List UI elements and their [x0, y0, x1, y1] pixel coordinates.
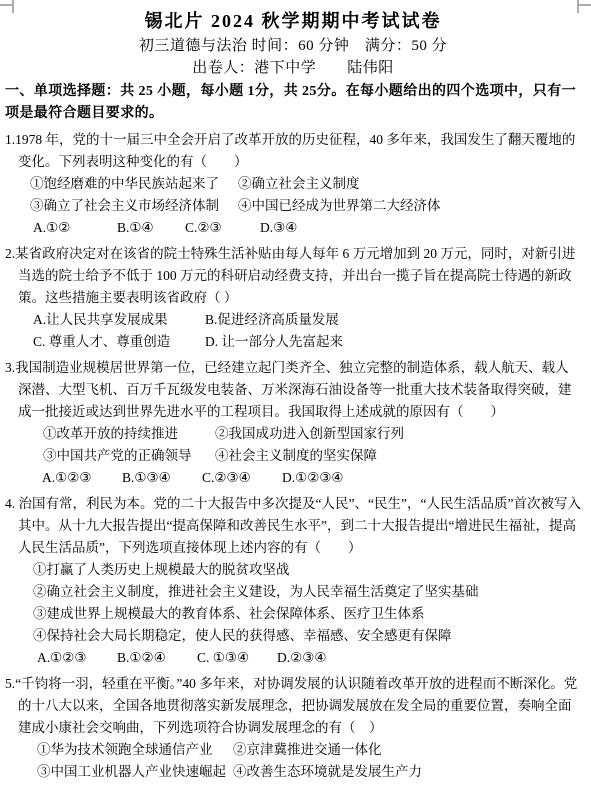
statement-row: ①华为技术领跑全球通信产业 ②京津冀推进交通一体化	[37, 739, 581, 761]
statement-item: ②确立社会主义制度	[238, 173, 360, 195]
statement-item: ①改革开放的持续推进	[43, 423, 215, 445]
option-d: D. 让一部分人先富起来	[205, 331, 343, 353]
question-3-stem: 3.我国制造业规模居世界第一位，已经建立起门类齐全、独立完整的制造体系，载人航天…	[5, 357, 581, 423]
question-number: 2.	[5, 246, 15, 261]
question-number: 3.	[5, 360, 15, 375]
question-2-stem: 2.某省政府决定对在该省的院士特殊生活补贴由每人每年 6 万元增加到 20 万元…	[5, 243, 581, 309]
exam-paper-page: 锡北片 2024 秋学期期中考试试卷 初三道德与法治 时间：60 分钟 满分：5…	[0, 0, 591, 783]
exam-header: 锡北片 2024 秋学期期中考试试卷 初三道德与法治 时间：60 分钟 满分：5…	[5, 8, 581, 79]
question-1-stem: 1.1978 年，党的十一届三中全会开启了改革开放的历史征程，40 多年来，我国…	[5, 129, 581, 173]
options-row: A.让人民共享发展成果 B.促进经济高质量发展	[33, 309, 581, 331]
option-b: B.促进经济高质量发展	[205, 309, 339, 331]
options-row: A.①②③ B.①②④ C. ①③④ D.②③④	[37, 647, 581, 669]
question-number: 1.	[5, 132, 15, 147]
options-row: A.①② B.①④ C.②③ D.③④	[33, 217, 581, 239]
statement-item: ④社会主义制度的坚实保障	[215, 445, 377, 467]
exam-title: 锡北片 2024 秋学期期中考试试卷	[5, 8, 581, 35]
question-2: 2.某省政府决定对在该省的院士特殊生活补贴由每人每年 6 万元增加到 20 万元…	[5, 243, 581, 353]
option-a: A.①②③	[37, 647, 117, 669]
option-d: D.③④	[260, 217, 297, 239]
option-d: D.②③④	[277, 647, 326, 669]
statement-row: ①改革开放的持续推进 ②我国成功进入创新型国家行列	[43, 423, 581, 445]
option-d: D.①②③④	[282, 467, 344, 489]
question-5: 5.“千钧将一羽，轻重在平衡。”40 多年来，对协调发展的认识随着改革开放的进程…	[5, 673, 581, 783]
option-b: B.①③④	[122, 467, 202, 489]
option-c: C.②③	[185, 217, 260, 239]
option-c: C. 尊重人才、尊重创造	[33, 331, 205, 353]
statement-item: ④保持社会大局长期稳定，使人民的获得感、幸福感、安全感更有保障	[33, 625, 581, 647]
question-3: 3.我国制造业规模居世界第一位，已经建立起门类齐全、独立完整的制造体系，载人航天…	[5, 357, 581, 489]
statement-row: ①饱经磨难的中华民族站起来了 ②确立社会主义制度	[30, 173, 581, 195]
statement-item: ④中国已经成为世界第二大经济体	[238, 195, 441, 217]
statement-row: ③中国共产党的正确领导 ④社会主义制度的坚实保障	[43, 445, 581, 467]
question-5-stem: 5.“千钧将一羽，轻重在平衡。”40 多年来，对协调发展的认识随着改革开放的进程…	[5, 673, 581, 739]
option-b: B.①④	[117, 217, 185, 239]
statement-item: ④改善生态环境就是发展生产力	[233, 761, 422, 783]
option-a: A.让人民共享发展成果	[33, 309, 205, 331]
statement-item: ①华为技术领跑全球通信产业	[37, 739, 233, 761]
options-row: C. 尊重人才、尊重创造 D. 让一部分人先富起来	[33, 331, 581, 353]
question-number: 4.	[5, 496, 15, 511]
question-4-stem: 4. 治国有常，利民为本。党的二十大报告中多次提及“人民”、“民生”，“人民生活…	[5, 493, 581, 559]
statement-item: ③中国工业机器人产业快速崛起	[37, 761, 233, 783]
option-a: A.①②	[33, 217, 117, 239]
question-4: 4. 治国有常，利民为本。党的二十大报告中多次提及“人民”、“民生”，“人民生活…	[5, 493, 581, 669]
statement-item: ③确立了社会主义市场经济体制	[30, 195, 238, 217]
statement-item: ③建成世界上规模最大的教育体系、社会保障体系、医疗卫生体系	[33, 603, 581, 625]
option-c: C.②③④	[202, 467, 282, 489]
question-number: 5.	[5, 676, 15, 691]
statement-item: ①打赢了人类历史上规模最大的脱贫攻坚战	[33, 559, 581, 581]
question-text: 治国有常，利民为本。党的二十大报告中多次提及“人民”、“民生”，“人民生活品质”…	[15, 496, 581, 555]
option-a: A.①②③	[42, 467, 122, 489]
question-text: “千钧将一羽，轻重在平衡。”40 多年来，对协调发展的认识随着改革开放的进程而不…	[15, 676, 577, 735]
statement-item: ②京津冀推进交通一体化	[233, 739, 382, 761]
option-c: C. ①③④	[197, 647, 277, 669]
exam-subtitle: 初三道德与法治 时间：60 分钟 满分：50 分	[5, 35, 581, 57]
statement-item: ②确立社会主义制度，推进社会主义建设，为人民幸福生活奠定了坚实基础	[33, 581, 581, 603]
question-text: 某省政府决定对在该省的院士特殊生活补贴由每人每年 6 万元增加到 20 万元，同…	[15, 246, 575, 305]
question-1: 1.1978 年，党的十一届三中全会开启了改革开放的历史征程，40 多年来，我国…	[5, 129, 581, 239]
exam-author-line: 出卷人：港下中学 陆伟阳	[5, 57, 581, 79]
statement-item: ②我国成功进入创新型国家行列	[215, 423, 404, 445]
question-text: 1978 年，党的十一届三中全会开启了改革开放的历史征程，40 多年来，我国发生…	[15, 132, 575, 169]
question-text: 我国制造业规模居世界第一位，已经建立起门类齐全、独立完整的制造体系，载人航天、载…	[15, 360, 571, 419]
section-heading: 一、单项选择题：共 25 小题，每小题 1分，共 25分。在每小题给出的四个选项…	[5, 81, 581, 125]
statement-item: ①饱经磨难的中华民族站起来了	[30, 173, 238, 195]
corner-mark-right-icon	[575, 0, 591, 16]
corner-mark-left-icon	[0, 0, 16, 16]
statement-row: ③确立了社会主义市场经济体制 ④中国已经成为世界第二大经济体	[30, 195, 581, 217]
statement-row: ③中国工业机器人产业快速崛起 ④改善生态环境就是发展生产力	[37, 761, 581, 783]
statement-item: ③中国共产党的正确领导	[43, 445, 215, 467]
option-b: B.①②④	[117, 647, 197, 669]
options-row: A.①②③ B.①③④ C.②③④ D.①②③④	[42, 467, 581, 489]
